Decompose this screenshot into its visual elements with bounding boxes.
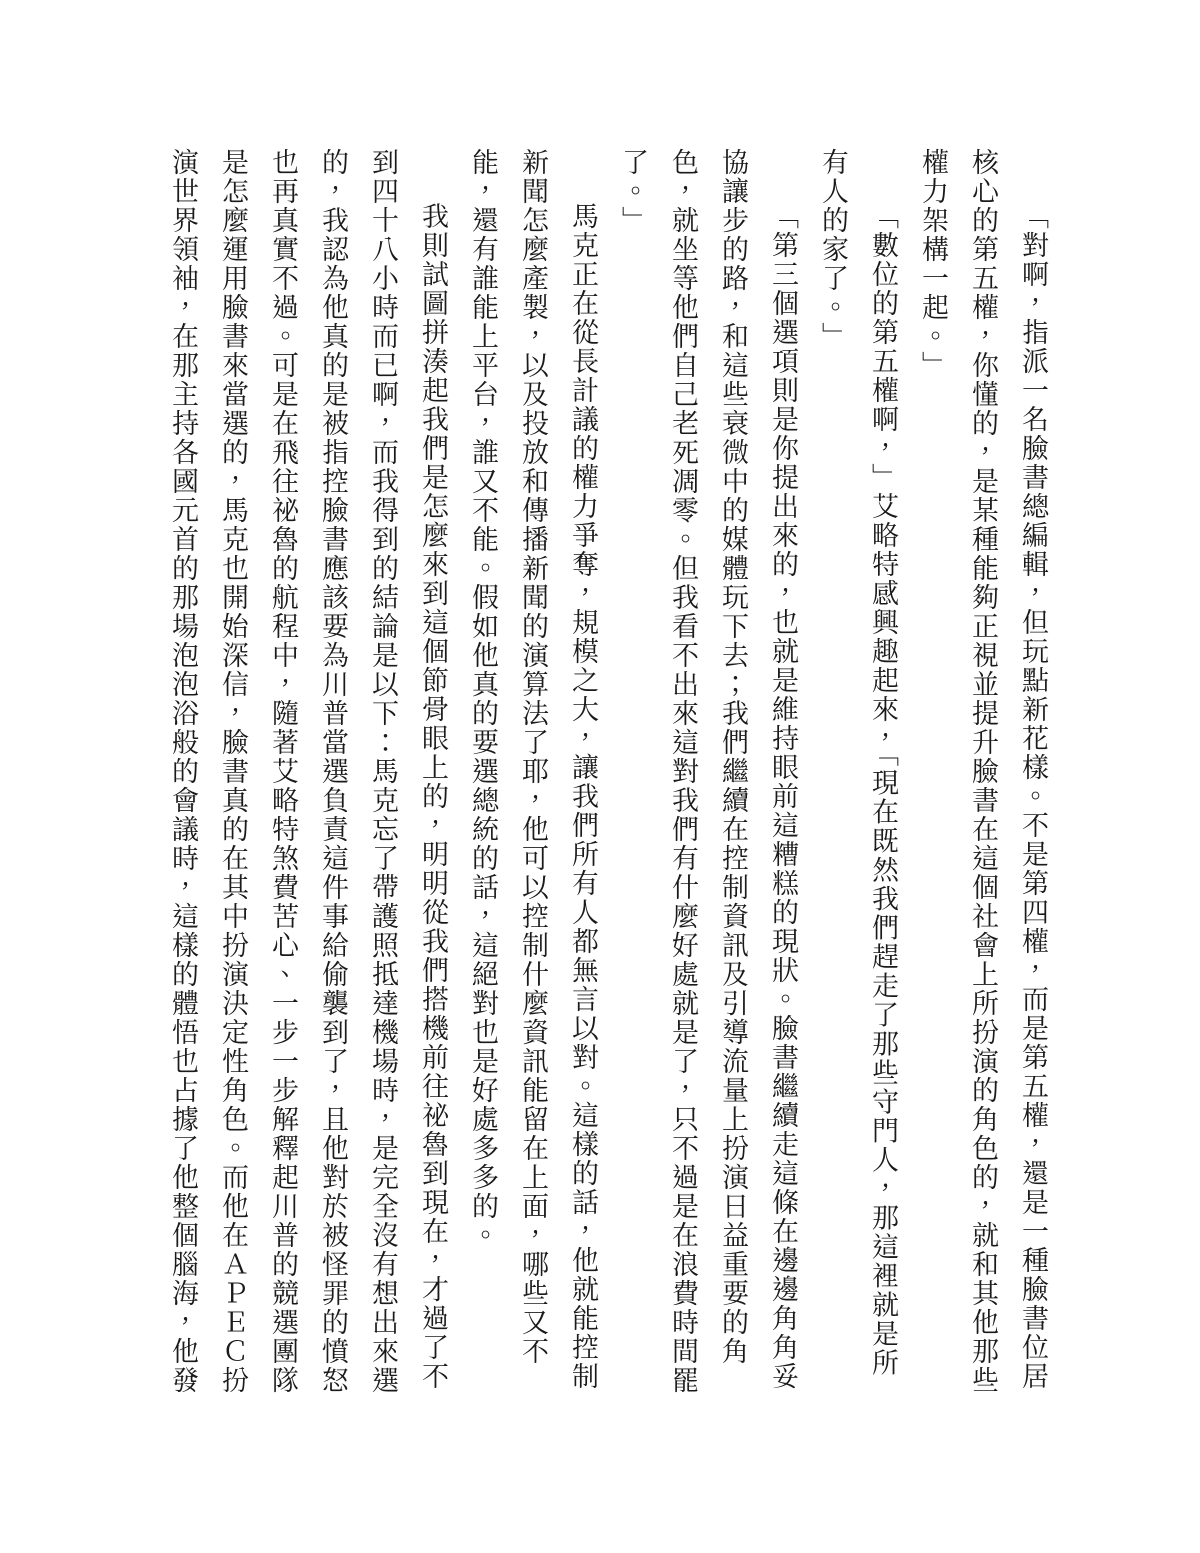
paragraph-narration-2: 我則試圖拼湊起我們是怎麼來到這個節骨眼上的，明明從我們搭機前往祕魯到現在，才過了…: [158, 148, 458, 1395]
paragraph-dialogue-3: 「第三個選項則是你提出來的，也就是維持眼前這糟糕的現狀。臉書繼續走這條在邊邊角角…: [608, 148, 808, 1395]
book-page: 「對啊，指派一名臉書總編輯，但玩點新花樣。不是第四權，而是第五權，還是一種臉書位…: [158, 148, 1058, 1395]
paragraph-dialogue-1: 「對啊，指派一名臉書總編輯，但玩點新花樣。不是第四權，而是第五權，還是一種臉書位…: [908, 148, 1058, 1395]
paragraph-dialogue-2: 「數位的第五權啊，」艾略特感興趣起來，「現在既然我們趕走了那些守門人，那這裡就是…: [808, 148, 908, 1395]
paragraph-narration-1: 馬克正在從長計議的權力爭奪，規模之大，讓我們所有人都無言以對。這樣的話，他就能控…: [458, 148, 608, 1395]
